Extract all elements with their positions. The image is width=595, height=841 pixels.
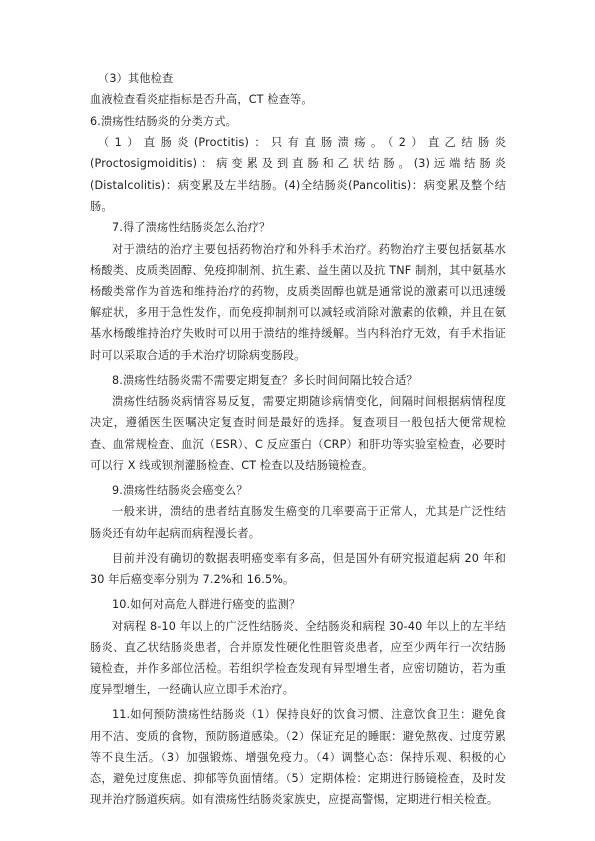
q7-heading: 7.得了溃疡性结肠炎怎么治疗？ — [90, 217, 506, 238]
q9-body-2: 目前并没有确切的数据表明癌变率有多高，但是国外有研究报道起病 20 年和 30 … — [90, 548, 506, 590]
other-exam-body: 血液检查看炎症指标是否升高，CT 检查等。 — [90, 89, 506, 110]
q9-heading: 9.溃疡性结肠炎会癌变么？ — [90, 480, 506, 501]
q8-heading: 8.溃疡性结肠炎需不需要定期复查？多长时间间隔比较合适？ — [90, 370, 506, 391]
other-exam-heading: （3）其他检查 — [90, 68, 506, 89]
q10-body: 对病程 8-10 年以上的广泛性结肠炎、全结肠炎和病程 30-40 年以上的左半… — [90, 616, 506, 701]
q6-body: （1）直肠炎(Proctitis)：只有直肠溃疡。（2）直乙结肠炎(Procto… — [90, 132, 506, 217]
q10-heading: 10.如何对高危人群进行癌变的监测？ — [90, 594, 506, 615]
q7-body: 对于溃结的治疗主要包括药物治疗和外科手术治疗。药物治疗主要包括氨基水杨酸类、皮质… — [90, 239, 506, 366]
q11-body: 11.如何预防溃疡性结肠炎（1）保持良好的饮食习惯、注意饮食卫生：避免食用不洁、… — [90, 704, 506, 810]
q8-body: 溃疡性结肠炎病情容易反复，需要定期随诊病情变化，间隔时间根据病情程度决定，遵循医… — [90, 391, 506, 476]
q9-body-1: 一般来讲，溃结的患者结直肠发生癌变的几率要高于正常人，尤其是广泛性结肠炎还有幼年… — [90, 501, 506, 543]
q6-heading: 6.溃疡性结肠炎的分类方式。 — [90, 111, 506, 132]
document-page: （3）其他检查 血液检查看炎症指标是否升高，CT 检查等。 6.溃疡性结肠炎的分… — [90, 68, 506, 811]
